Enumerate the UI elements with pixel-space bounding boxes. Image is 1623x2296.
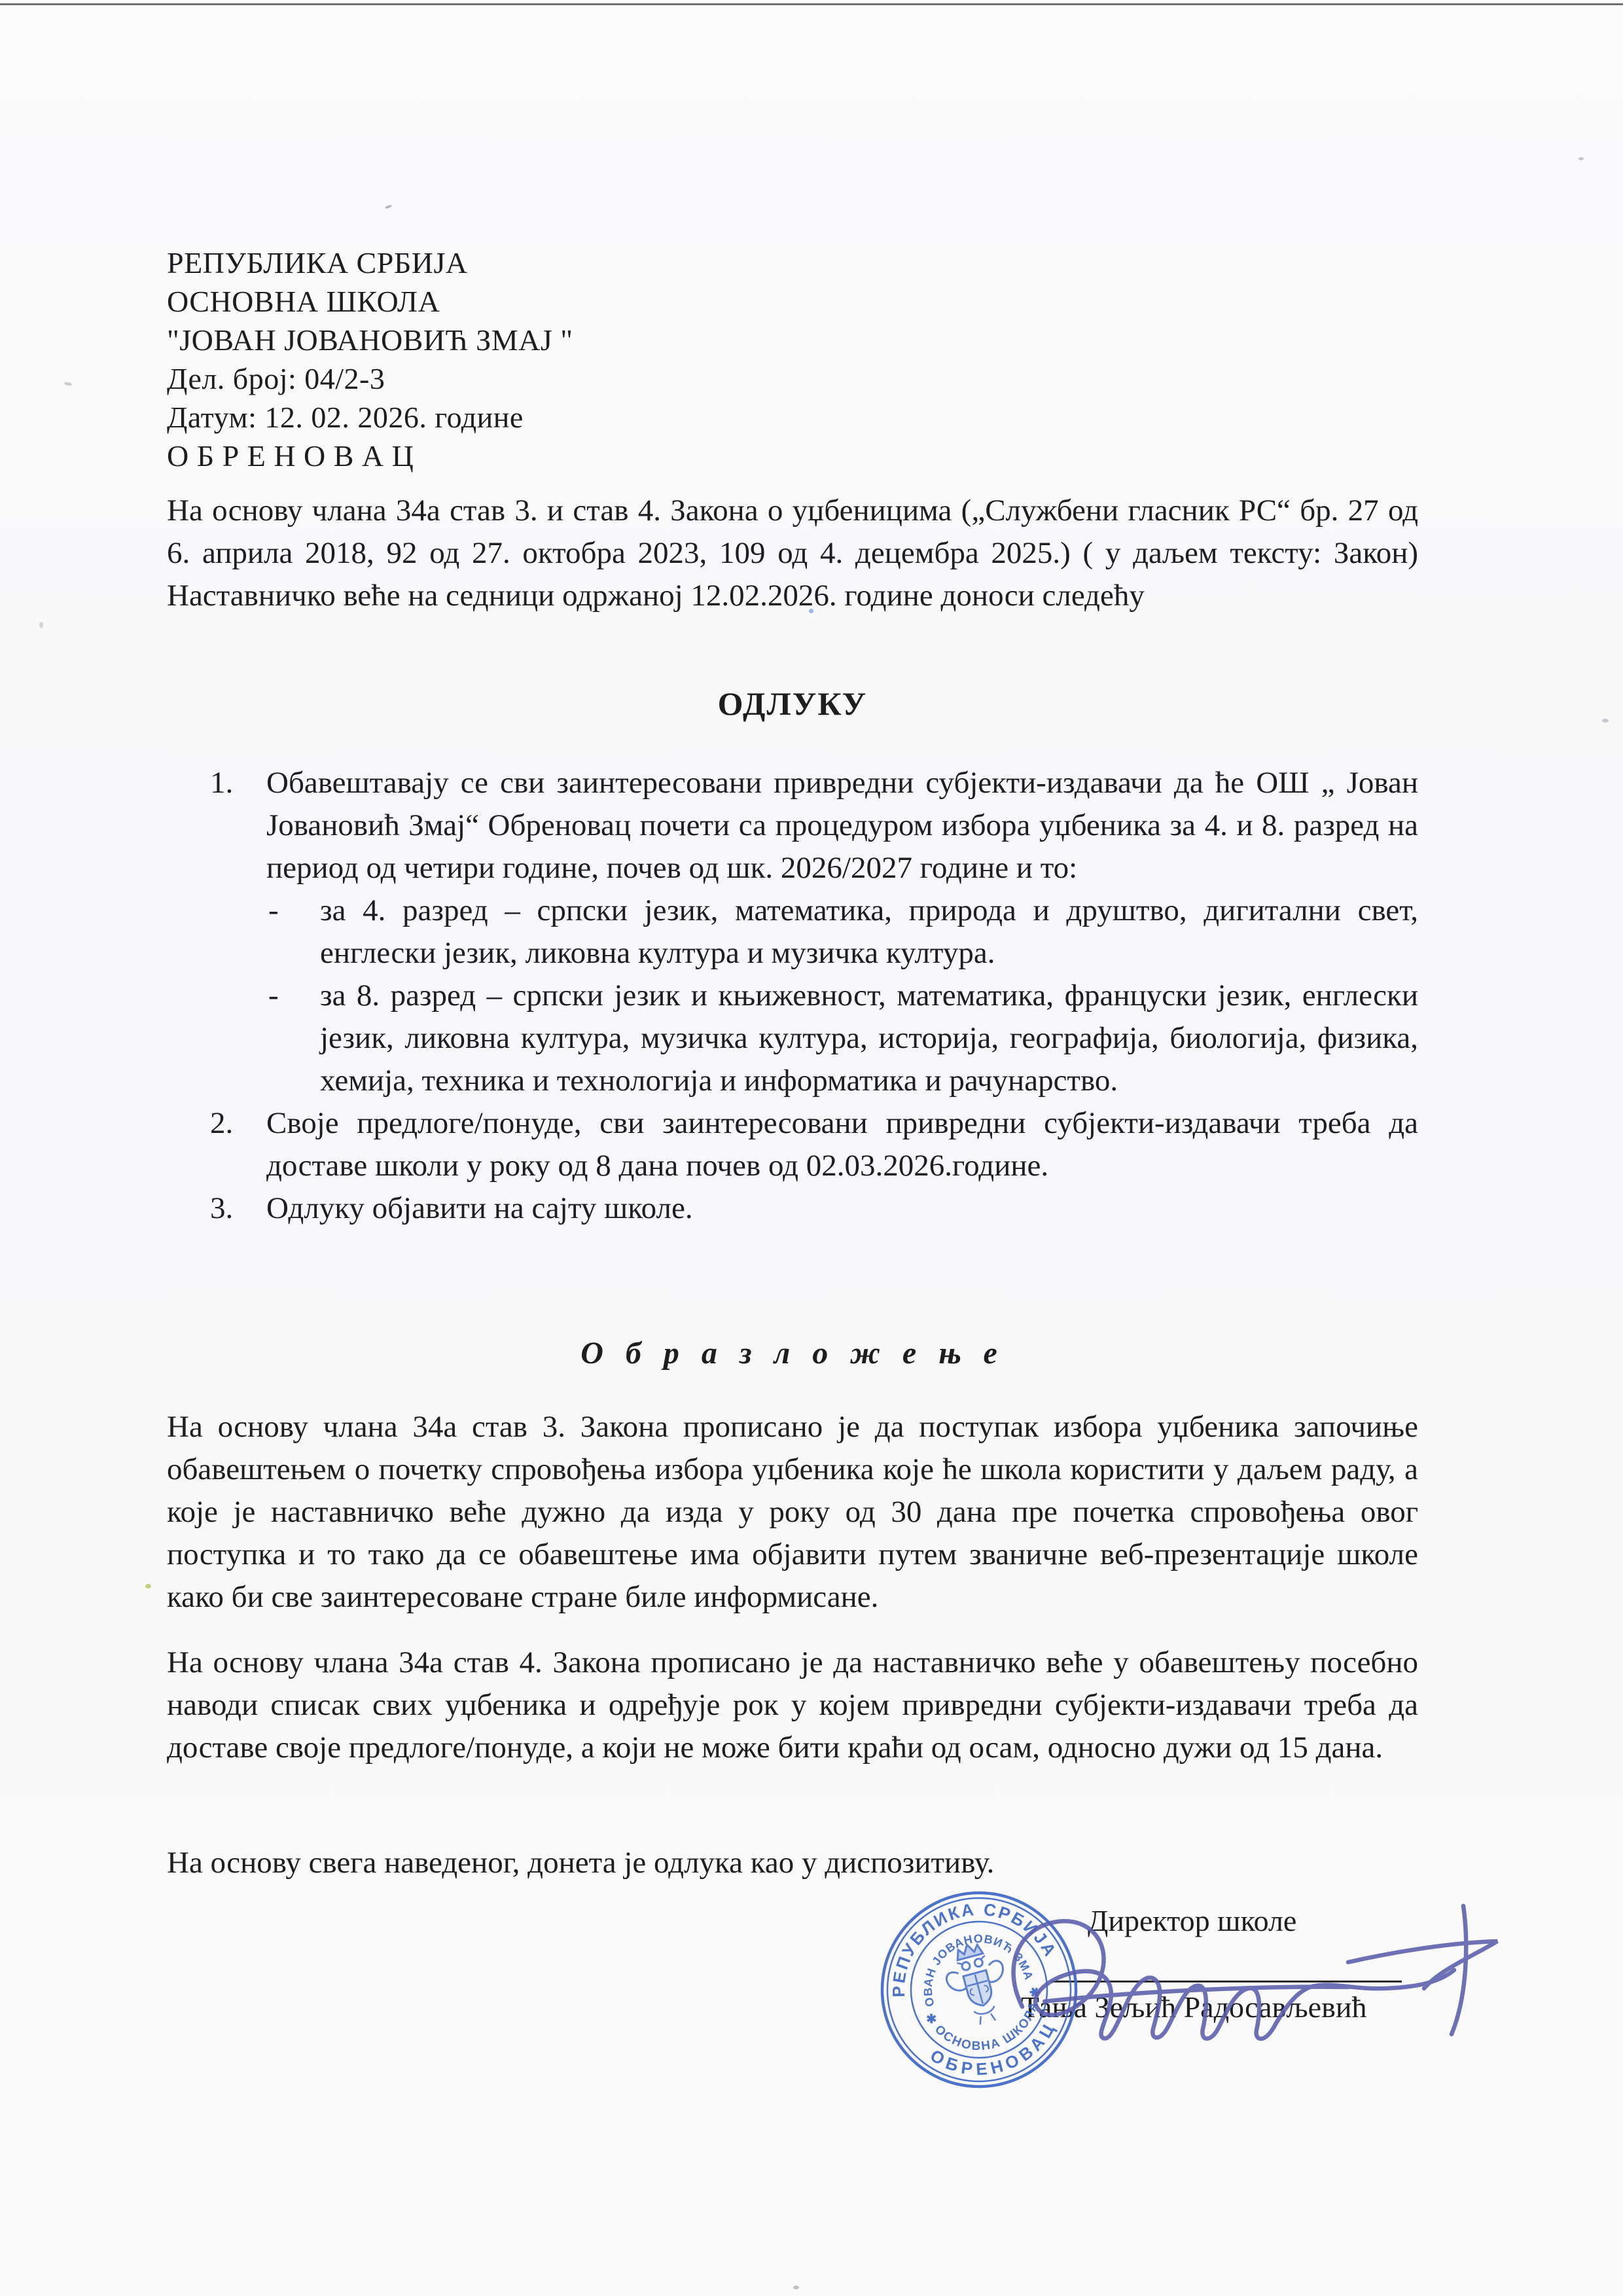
scan-speck [1602, 719, 1609, 723]
subitem-text: за 8. разред – српски језик и књижевност… [320, 975, 1418, 1102]
letterhead-country: РЕПУБЛИКА СРБИЈА [167, 243, 1418, 282]
dash-marker: - [268, 975, 320, 1102]
rationale-paragraph-1: На основу члана 34а став 3. Закона пропи… [167, 1406, 1418, 1619]
letterhead-school-type: ОСНОВНА ШКОЛА [167, 282, 1418, 321]
rationale-title: О б р а з л о ж е њ е [167, 1335, 1418, 1371]
scan-speck [385, 204, 393, 209]
decision-list: 1. Обавештавају се сви заинтересовани пр… [167, 762, 1418, 1230]
decision-item-2: 2. Своје предлоге/понуде, сви заинтересо… [167, 1102, 1418, 1187]
scan-speck [64, 382, 73, 386]
rationale-paragraph-2: На основу члана 34а став 4. Закона пропи… [167, 1641, 1418, 1769]
scan-speck [1578, 157, 1584, 160]
scan-speck [809, 609, 813, 613]
letterhead-city: О Б Р Е Н О В А Ц [167, 437, 1418, 475]
decision-title: ОДЛУКУ [167, 685, 1418, 723]
scan-speck [793, 2286, 799, 2289]
handwritten-signature [982, 1867, 1505, 2056]
letterhead: РЕПУБЛИКА СРБИЈА ОСНОВНА ШКОЛА "ЈОВАН ЈО… [167, 243, 1418, 475]
scanned-document-page: РЕПУБЛИКА СРБИЈА ОСНОВНА ШКОЛА "ЈОВАН ЈО… [0, 0, 1623, 2296]
dash-marker: - [268, 889, 320, 975]
item-text: Своје предлоге/понуде, сви заинтересован… [266, 1102, 1418, 1187]
item-number: 3. [210, 1187, 266, 1230]
scan-speck [145, 1584, 151, 1588]
scan-speck [39, 622, 43, 628]
item-text: Обавештавају се сви заинтересовани привр… [266, 762, 1418, 889]
intro-paragraph: На основу члана 34а став 3. и став 4. За… [167, 490, 1418, 617]
decision-subitem-grade4: - за 4. разред – српски језик, математик… [167, 889, 1418, 975]
decision-item-1: 1. Обавештавају се сви заинтересовани пр… [167, 762, 1418, 889]
letterhead-date: Датум: 12. 02. 2026. године [167, 398, 1418, 437]
decision-item-3: 3. Одлуку објавити на сајту школе. [167, 1187, 1418, 1230]
letterhead-protocol-number: Дел. број: 04/2-3 [167, 359, 1418, 398]
item-number: 1. [210, 762, 266, 889]
scan-edge-artifact [0, 3, 1623, 5]
decision-subitem-grade8: - за 8. разред – српски језик и књижевно… [167, 975, 1418, 1102]
item-text: Одлуку објавити на сајту школе. [266, 1187, 1418, 1230]
item-number: 2. [210, 1102, 266, 1187]
letterhead-school-name: "ЈОВАН ЈОВАНОВИЋ ЗМАЈ " [167, 321, 1418, 359]
subitem-text: за 4. разред – српски језик, математика,… [320, 889, 1418, 975]
